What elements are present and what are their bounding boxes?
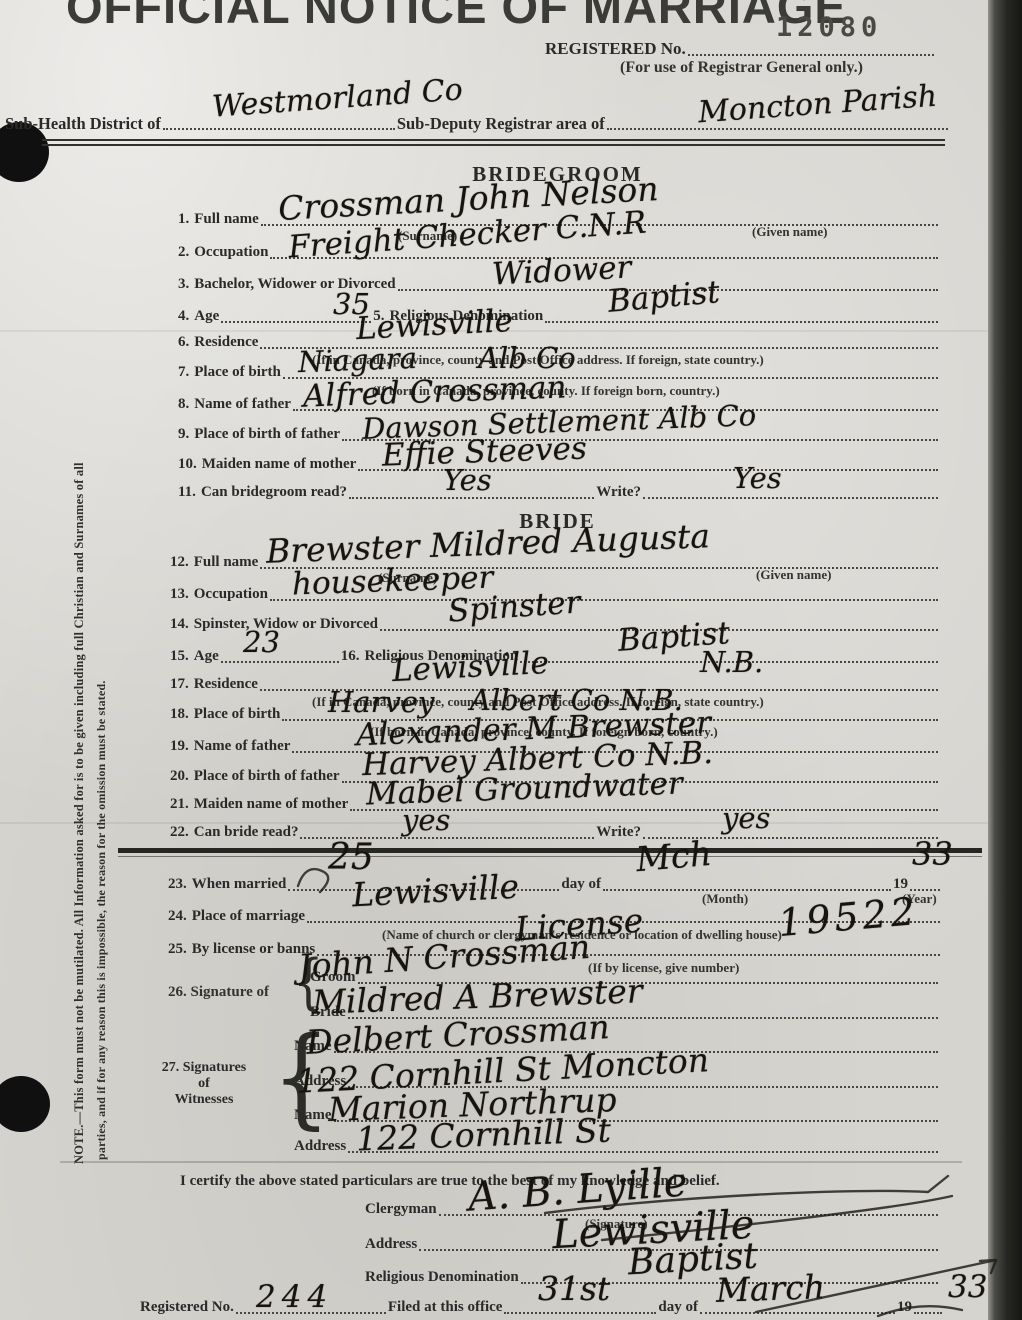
double-rule [42, 139, 945, 141]
field-label: Residence [194, 677, 258, 693]
field-label: Place of birth of father [194, 769, 340, 785]
field-label: Name of father [194, 397, 291, 413]
write-label: Write? [596, 825, 641, 841]
dotted-line [607, 128, 948, 130]
hw-br-read: yes [402, 806, 450, 835]
field-label: Residence [194, 335, 258, 351]
registered-no-label: REGISTERED No. [545, 40, 686, 58]
field-row-read: 22. Can bride read? Write? [170, 819, 940, 841]
scan-edge-strip [988, 0, 1022, 1320]
form-title: OFFICIAL NOTICE OF MARRIAGE [66, 0, 847, 30]
witnesses-label-line1: 27. Signatures [146, 1060, 262, 1076]
field-no: 23. [168, 876, 187, 893]
double-rule [42, 144, 945, 146]
hole-punch-bottom [0, 1076, 50, 1132]
field-no: 2. [178, 244, 189, 261]
field-no: 17. [170, 676, 189, 693]
hw-br-write: yes [722, 804, 770, 833]
field-row-age-religion: 4. Age 5. Religious Denomination [178, 303, 940, 325]
hw-when-year: 33 [912, 838, 953, 870]
field-no: 11. [178, 484, 196, 501]
registrar-note: (For use of Registrar General only.) [620, 59, 863, 77]
registered-label: Registered No. [140, 1300, 234, 1316]
field-no: 24. [168, 908, 187, 925]
field-label: Full name [194, 555, 259, 571]
field-row-when-married: 23. When married day of 19 [168, 871, 942, 893]
field-label: When married [192, 877, 287, 893]
religion-label: Religious Denomination [365, 1270, 519, 1286]
filed-label: Filed at this office [388, 1300, 503, 1316]
district-label: Sub-Health District of [5, 115, 161, 132]
field-no: 22. [170, 824, 189, 841]
field-label: Occupation [194, 245, 268, 261]
marriage-notice-scan: OFFICIAL NOTICE OF MARRIAGE 12080 REGIST… [0, 0, 1022, 1320]
dotted-line [349, 497, 594, 499]
field-no: 9. [178, 426, 189, 443]
field-label: Occupation [194, 587, 268, 603]
address-label: Address [294, 1139, 346, 1155]
hw-br-age: 23 [243, 628, 280, 657]
witnesses-label-line3: Witnesses [146, 1092, 262, 1108]
field-no: 25. [168, 941, 187, 958]
hw-license-number: 19522 [777, 892, 921, 942]
field-no: 6. [178, 334, 189, 351]
write-label: Write? [596, 485, 641, 501]
field-no: 13. [170, 586, 189, 603]
address-label: Address [365, 1237, 417, 1253]
hw-when-month: Mch [635, 837, 713, 877]
hw-place: Lewisville [351, 870, 520, 912]
field-label: Full name [194, 212, 259, 228]
hw-bg-write: Yes [733, 464, 782, 493]
dotted-line [221, 661, 339, 663]
field-no: 3. [178, 276, 189, 293]
registered-no-row: REGISTERED No. [545, 36, 936, 58]
thick-rule [118, 848, 982, 853]
dotted-line [504, 1312, 656, 1314]
field-label: Age [194, 649, 219, 665]
name-label: Name [294, 1108, 332, 1124]
given-hint: (Given name) [752, 224, 827, 240]
side-note-line2: parties, and if for any reason this is i… [94, 600, 109, 1160]
field-row-read: 11. Can bridegroom read? Write? [178, 479, 940, 501]
field-label: Name of father [194, 739, 291, 755]
field-no: 16. [341, 648, 360, 665]
field-label: Place of birth [194, 365, 281, 381]
field-no: 21. [170, 796, 189, 813]
signature-of-label: 26. Signature of [168, 984, 269, 1001]
dotted-line [545, 321, 938, 323]
day-of-label: day of [561, 877, 601, 893]
dotted-line [700, 1312, 895, 1314]
field-label: Can bride read? [194, 825, 299, 841]
hw-bg-residence: Lewisville [355, 306, 513, 345]
hw-bg-birthplace: Niagara [298, 344, 418, 377]
hw-filed-month: March [715, 1270, 825, 1307]
year-prefix: 19 [897, 1300, 912, 1316]
field-label: Age [194, 309, 219, 325]
hw-bg-read: Yes [443, 466, 492, 495]
day-of-label: day of [658, 1300, 698, 1316]
hw-filed-day: 31st [538, 1272, 610, 1305]
dotted-line [221, 321, 371, 323]
dotted-line [163, 128, 395, 130]
field-no: 4. [178, 308, 189, 325]
witnesses-label: 27. Signatures of Witnesses [146, 1060, 262, 1108]
hw-witness2-address: 122 Cornhill St [356, 1114, 612, 1156]
field-label: Place of birth of father [194, 427, 340, 443]
field-label: Place of birth [194, 707, 281, 723]
hw-br-residence2: N.B. [700, 648, 763, 677]
field-no: 12. [170, 554, 189, 571]
field-label: Maiden name of mother [202, 457, 357, 473]
field-no: 1. [178, 211, 189, 228]
field-label: Place of marriage [192, 909, 305, 925]
witnesses-label-line2: of [146, 1076, 262, 1092]
field-no: 15. [170, 648, 189, 665]
field-label: Can bridegroom read? [201, 485, 347, 501]
field-no: 20. [170, 768, 189, 785]
field-label: Spinster, Widow or Divorced [194, 617, 378, 633]
hw-registered-number: 244 [256, 1282, 333, 1313]
thin-rule [118, 856, 982, 857]
hw-br-residence: Lewisville [391, 648, 549, 687]
field-row-age-religion: 15. Age 16. Religious Denomination [170, 643, 940, 665]
field-no: 10. [178, 456, 197, 473]
dotted-line [914, 1312, 942, 1314]
field-no: 7. [178, 364, 189, 381]
side-note-line1: NOTE.—This form must not be mutilated. A… [72, 372, 87, 1164]
deputy-label: Sub-Deputy Registrar area of [397, 115, 605, 132]
hw-filed-year: 33 [948, 1272, 987, 1303]
hw-br-birthplace: Harvey [328, 688, 434, 717]
field-no: 14. [170, 616, 189, 633]
hw-when-day: 25 [328, 840, 374, 876]
hw-br-status: Spinster [447, 587, 581, 627]
field-label: Signature of [191, 984, 269, 1000]
dotted-line [688, 54, 934, 56]
field-label: Maiden name of mother [194, 797, 349, 813]
field-no: 26. [168, 984, 187, 1000]
dotted-line [643, 497, 938, 499]
section-rule [60, 1161, 962, 1163]
field-no: 18. [170, 706, 189, 723]
clergyman-label: Clergyman [365, 1202, 437, 1218]
field-no: 8. [178, 396, 189, 413]
field-no: 19. [170, 738, 189, 755]
